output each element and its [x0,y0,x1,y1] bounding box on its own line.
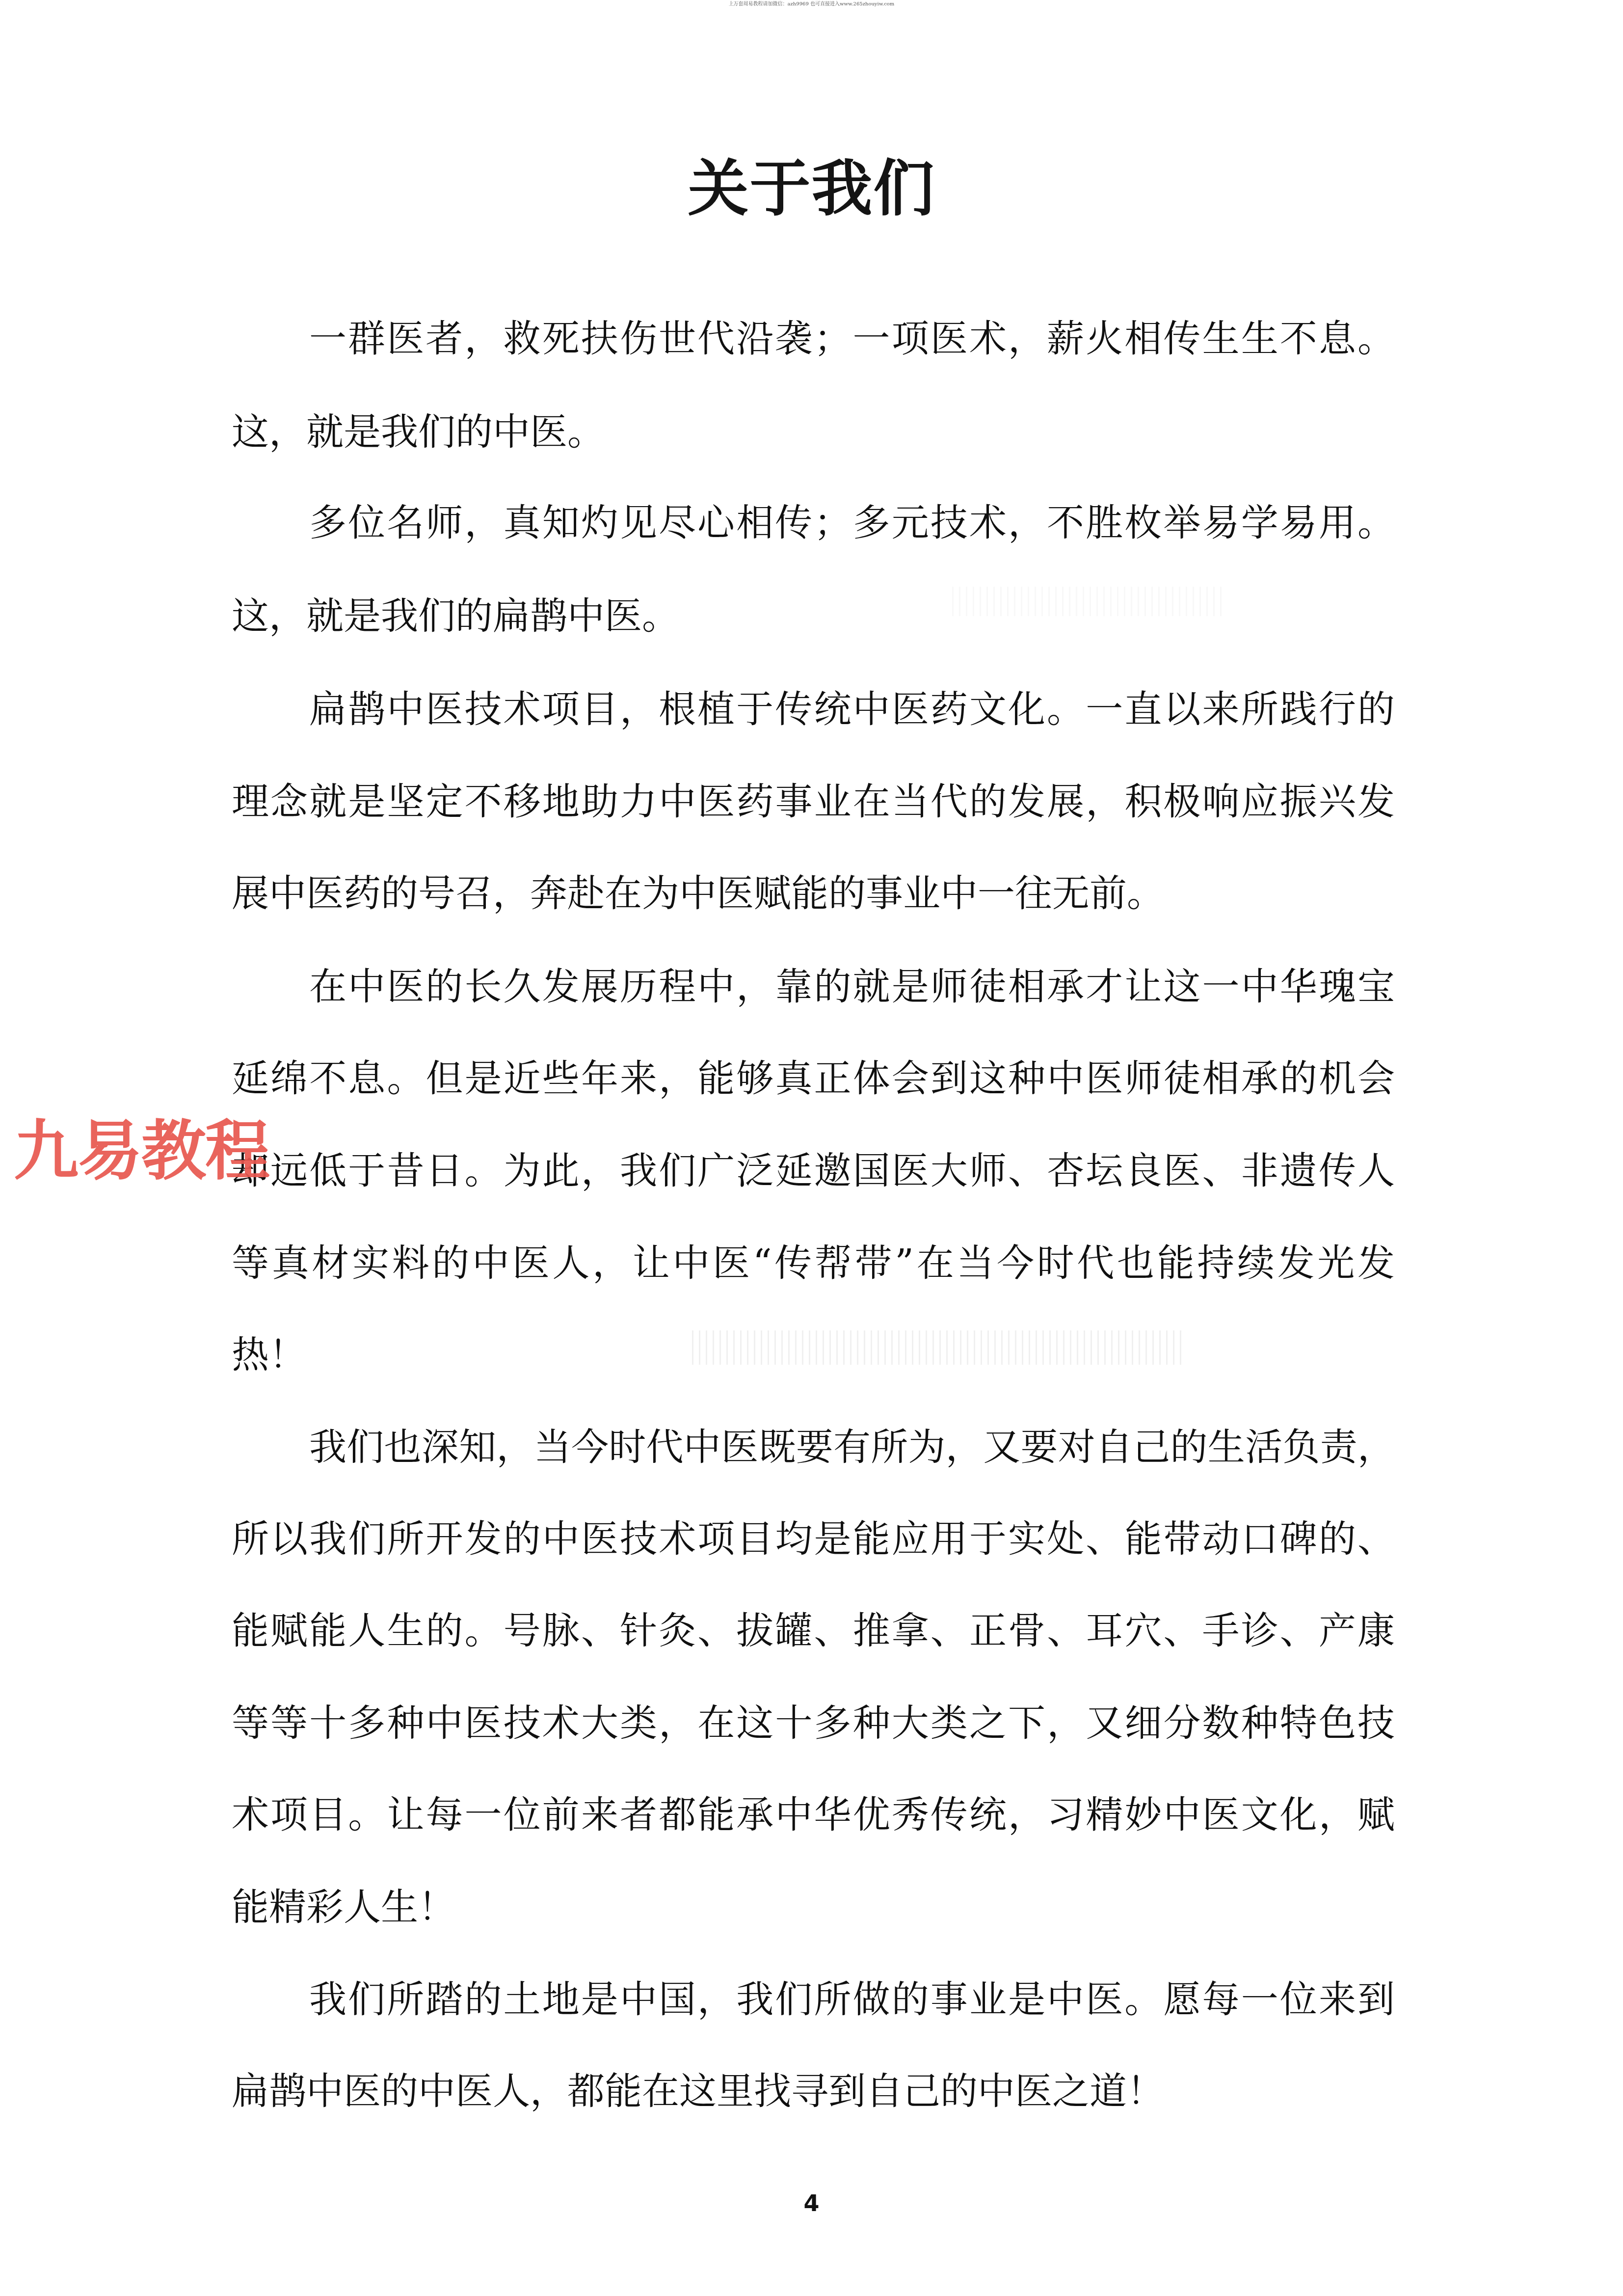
paragraph-line: 理念就是坚定不移地助力中医药事业在当代的发展，积极响应振兴发 [232,777,1395,826]
paragraph-line: 等真材实料的中医人，让中医“传帮带”在当今时代也能持续发光发 [232,1239,1395,1288]
page-number: 4 [0,2188,1623,2218]
paragraph-line: 热！ [232,1330,1395,1379]
paragraph-line: 能赋能人生的。号脉、针灸、拔罐、推拿、正骨、耳穴、手诊、产康 [232,1606,1395,1655]
watermark-logo: 九易教程 [14,1114,269,1188]
paragraph-line: 展中医药的号召，奔赴在为中医赋能的事业中一往无前。 [232,869,1395,918]
paragraph-line: 这，就是我们的中医。 [232,407,1395,457]
paragraph-line: 扁鹊中医技术项目，根植于传统中医药文化。一直以来所践行的 [309,685,1395,734]
paragraph-line: 术项目。让每一位前来者都能承中华优秀传统，习精妙中医文化，赋 [232,1790,1395,1839]
paragraph-line: 一群医者，救死扶伤世代沿袭；一项医术，薪火相传生生不息。 [309,314,1395,363]
header-promo-note: 上万套周易教程请加微信：azh9969 也可直接进入www.265zhouyiw… [0,1,1623,8]
paragraph-line: 我们所踏的土地是中国，我们所做的事业是中医。愿每一位来到 [309,1975,1395,2024]
paragraph-line: 扁鹊中医的中医人，都能在这里找寻到自己的中医之道！ [232,2067,1395,2116]
page-title: 关于我们 [0,155,1623,223]
paragraph-line: 这，就是我们的扁鹊中医。 [232,592,1395,641]
paragraph-line: 等等十多种中医技术大类，在这十多种大类之下，又细分数种特色技 [232,1699,1395,1748]
paragraph-line: 延绵不息。但是近些年来，能够真正体会到这种中医师徒相承的机会 [232,1054,1395,1103]
paragraph-line: 多位名师，真知灼见尽心相传；多元技术，不胜枚举易学易用。 [309,498,1395,547]
paragraph-line: 我们也深知，当今时代中医既要有所为，又要对自己的生活负责， [309,1423,1395,1472]
paragraph-line: 在中医的长久发展历程中，靠的就是师徒相承才让这一中华瑰宝 [309,962,1395,1011]
paragraph-line: 所以我们所开发的中医技术项目均是能应用于实处、能带动口碑的、 [232,1514,1395,1564]
paragraph-line: 却远低于昔日。为此，我们广泛延邀国医大师、杏坛良医、非遗传人 [232,1146,1395,1195]
paragraph-line: 能精彩人生！ [232,1883,1395,1932]
